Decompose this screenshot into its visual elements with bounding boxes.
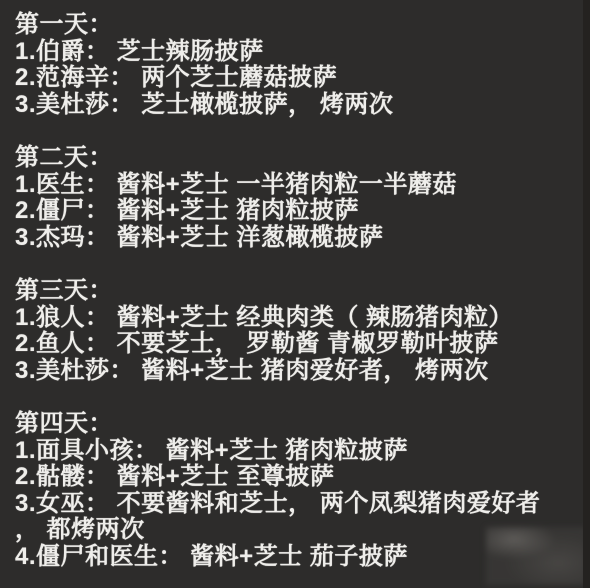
day-section-3: 第三天： 1.狼人： 酱料+芝士 经典肉类（ 辣肠猪肉粒） 2.鱼人： 不要芝士… — [15, 278, 580, 384]
day-header: 第二天： — [15, 145, 580, 172]
right-edge-strip — [583, 0, 590, 588]
recipe-line: 1.伯爵： 芝士辣肠披萨 — [15, 39, 580, 66]
day-header: 第四天： — [15, 411, 580, 438]
recipe-notes: 第一天： 1.伯爵： 芝士辣肠披萨 2.范海辛： 两个芝士蘑菇披萨 3.美杜莎：… — [15, 12, 580, 570]
recipe-line: 3.美杜莎： 芝士橄榄披萨， 烤两次 — [15, 92, 580, 119]
recipe-line: 3.杰玛： 酱料+芝士 洋葱橄榄披萨 — [15, 225, 580, 252]
recipe-line: 1.医生： 酱料+芝士 一半猪肉粒一半蘑菇 — [15, 172, 580, 199]
recipe-line: 2.僵尸： 酱料+芝士 猪肉粒披萨 — [15, 198, 580, 225]
recipe-line: 1.面具小孩： 酱料+芝士 猪肉粒披萨 — [15, 438, 580, 465]
blurred-watermark-patch — [486, 527, 586, 585]
recipe-line: 2.范海辛： 两个芝士蘑菇披萨 — [15, 65, 580, 92]
day-section-2: 第二天： 1.医生： 酱料+芝士 一半猪肉粒一半蘑菇 2.僵尸： 酱料+芝士 猪… — [15, 145, 580, 251]
recipe-line: 2.鱼人： 不要芝士， 罗勒酱 青椒罗勒叶披萨 — [15, 331, 580, 358]
day-header: 第三天： — [15, 278, 580, 305]
day-section-1: 第一天： 1.伯爵： 芝士辣肠披萨 2.范海辛： 两个芝士蘑菇披萨 3.美杜莎：… — [15, 12, 580, 118]
recipe-line: 3.女巫： 不要酱料和芝士， 两个凤梨猪肉爱好者 — [15, 491, 580, 518]
day-header: 第一天： — [15, 12, 580, 39]
recipe-line: 2.骷髅： 酱料+芝士 至尊披萨 — [15, 464, 580, 491]
recipe-line: 3.美杜莎： 酱料+芝士 猪肉爱好者， 烤两次 — [15, 358, 580, 385]
recipe-line: 1.狼人： 酱料+芝士 经典肉类（ 辣肠猪肉粒） — [15, 305, 580, 332]
recipe-notes-screenshot: 第一天： 1.伯爵： 芝士辣肠披萨 2.范海辛： 两个芝士蘑菇披萨 3.美杜莎：… — [0, 0, 590, 588]
